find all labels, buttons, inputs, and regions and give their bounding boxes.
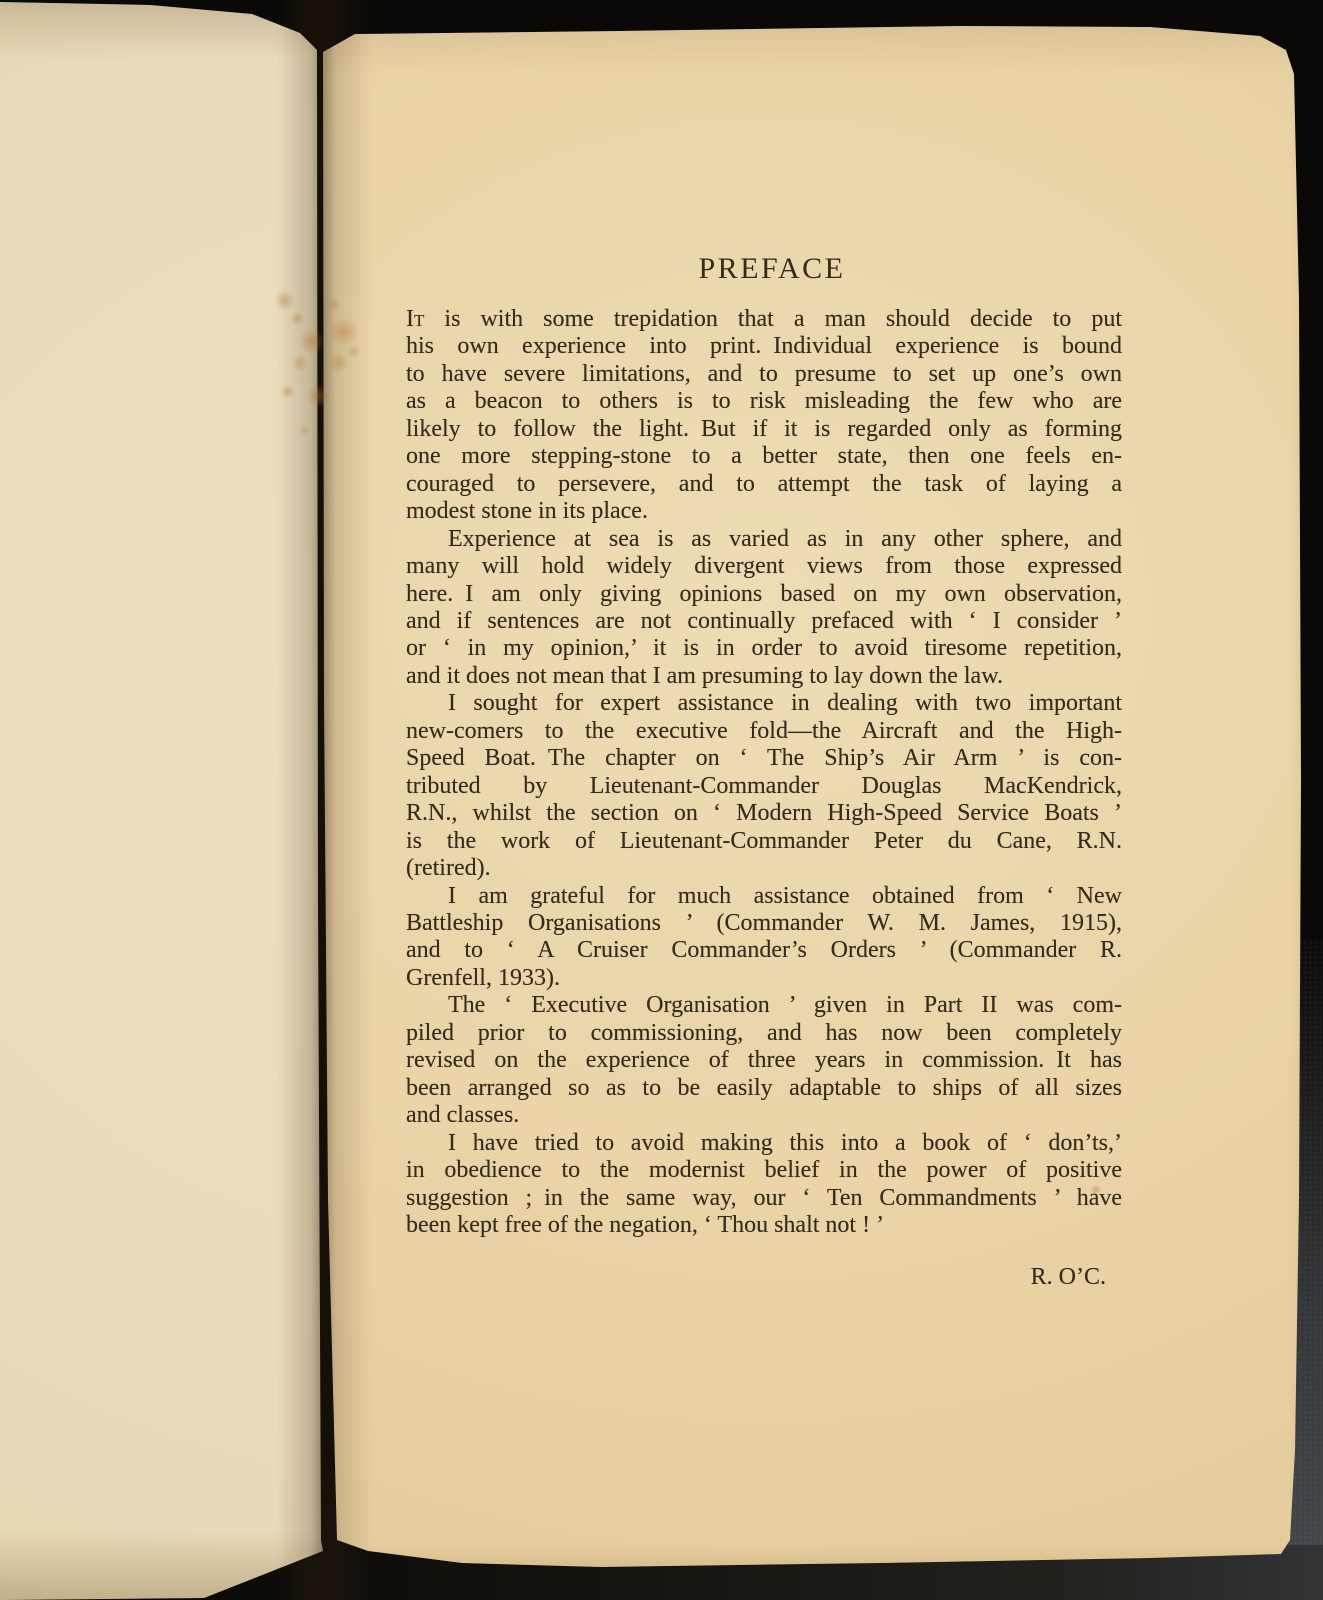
text-line: to have severe limitations, and to presu… [406, 361, 1122, 388]
text-line: in obedience to the modernist belief in … [406, 1157, 1122, 1184]
text-line: couraged to persevere, and to attempt th… [406, 471, 1122, 498]
text-line: Speed Boat. The chapter on ‘ The Ship’s … [406, 745, 1122, 772]
text-line: his own experience into print. Individua… [406, 333, 1122, 360]
page-title: PREFACE [414, 252, 1130, 286]
text-line: is the work of Lieutenant-Commander Pete… [406, 828, 1122, 855]
small-caps-lead: It [406, 306, 424, 332]
text-line: suggestion ; in the same way, our ‘ Ten … [406, 1185, 1122, 1212]
text-line: and it does not mean that I am presuming… [406, 663, 1122, 690]
text-line: and if sentences are not continually pre… [406, 608, 1122, 635]
text-line: many will hold widely divergent views fr… [406, 553, 1122, 580]
text-line: likely to follow the light. But if it is… [406, 416, 1122, 443]
text-line: revised on the experience of three years… [406, 1047, 1122, 1074]
text-line: I have tried to avoid making this into a… [406, 1130, 1122, 1157]
text-line: Experience at sea is as varied as in any… [406, 526, 1122, 553]
paragraph: I sought for expert assistance in dealin… [406, 690, 1122, 882]
text-line: piled prior to commissioning, and has no… [406, 1020, 1122, 1047]
text-line: (retired). [406, 855, 1122, 882]
book-photo: PREFACE It is with some trepidation that… [0, 0, 1323, 1600]
paragraph: It is with some trepidation that a man s… [406, 306, 1122, 526]
text-line: and classes. [406, 1102, 1122, 1129]
author-signature: R. O’C. [406, 1264, 1122, 1291]
text-line: R.N., whilst the section on ‘ Modern Hig… [406, 800, 1122, 827]
paragraph: The ‘ Executive Organisation ’ given in … [406, 992, 1122, 1129]
text-line: modest stone in its place. [406, 498, 1122, 525]
paragraph: I have tried to avoid making this into a… [406, 1130, 1122, 1240]
text-line: new-comers to the executive fold—the Air… [406, 718, 1122, 745]
text-line: been arranged so as to be easily adaptab… [406, 1075, 1122, 1102]
text-line: been kept free of the negation, ‘ Thou s… [406, 1212, 1122, 1239]
text-line: as a beacon to others is to risk mislead… [406, 388, 1122, 415]
text-line: Grenfell, 1933). [406, 965, 1122, 992]
text-line: or ‘ in my opinion,’ it is in order to a… [406, 635, 1122, 662]
text-line: It is with some trepidation that a man s… [406, 306, 1122, 333]
paragraph: Experience at sea is as varied as in any… [406, 526, 1122, 691]
text-line: The ‘ Executive Organisation ’ given in … [406, 992, 1122, 1019]
text-line: tributed by Lieutenant-Commander Douglas… [406, 773, 1122, 800]
text-line: I am grateful for much assistance obtain… [406, 883, 1122, 910]
text-line: Battleship Organisations ’ (Commander W.… [406, 910, 1122, 937]
page-body: It is with some trepidation that a man s… [406, 306, 1122, 1292]
text-line: and to ‘ A Cruiser Commander’s Orders ’ … [406, 937, 1122, 964]
paragraph: I am grateful for much assistance obtain… [406, 883, 1122, 993]
text-line: here. I am only giving opinions based on… [406, 581, 1122, 608]
text-line: one more stepping-stone to a better stat… [406, 443, 1122, 470]
text-line: I sought for expert assistance in dealin… [406, 690, 1122, 717]
